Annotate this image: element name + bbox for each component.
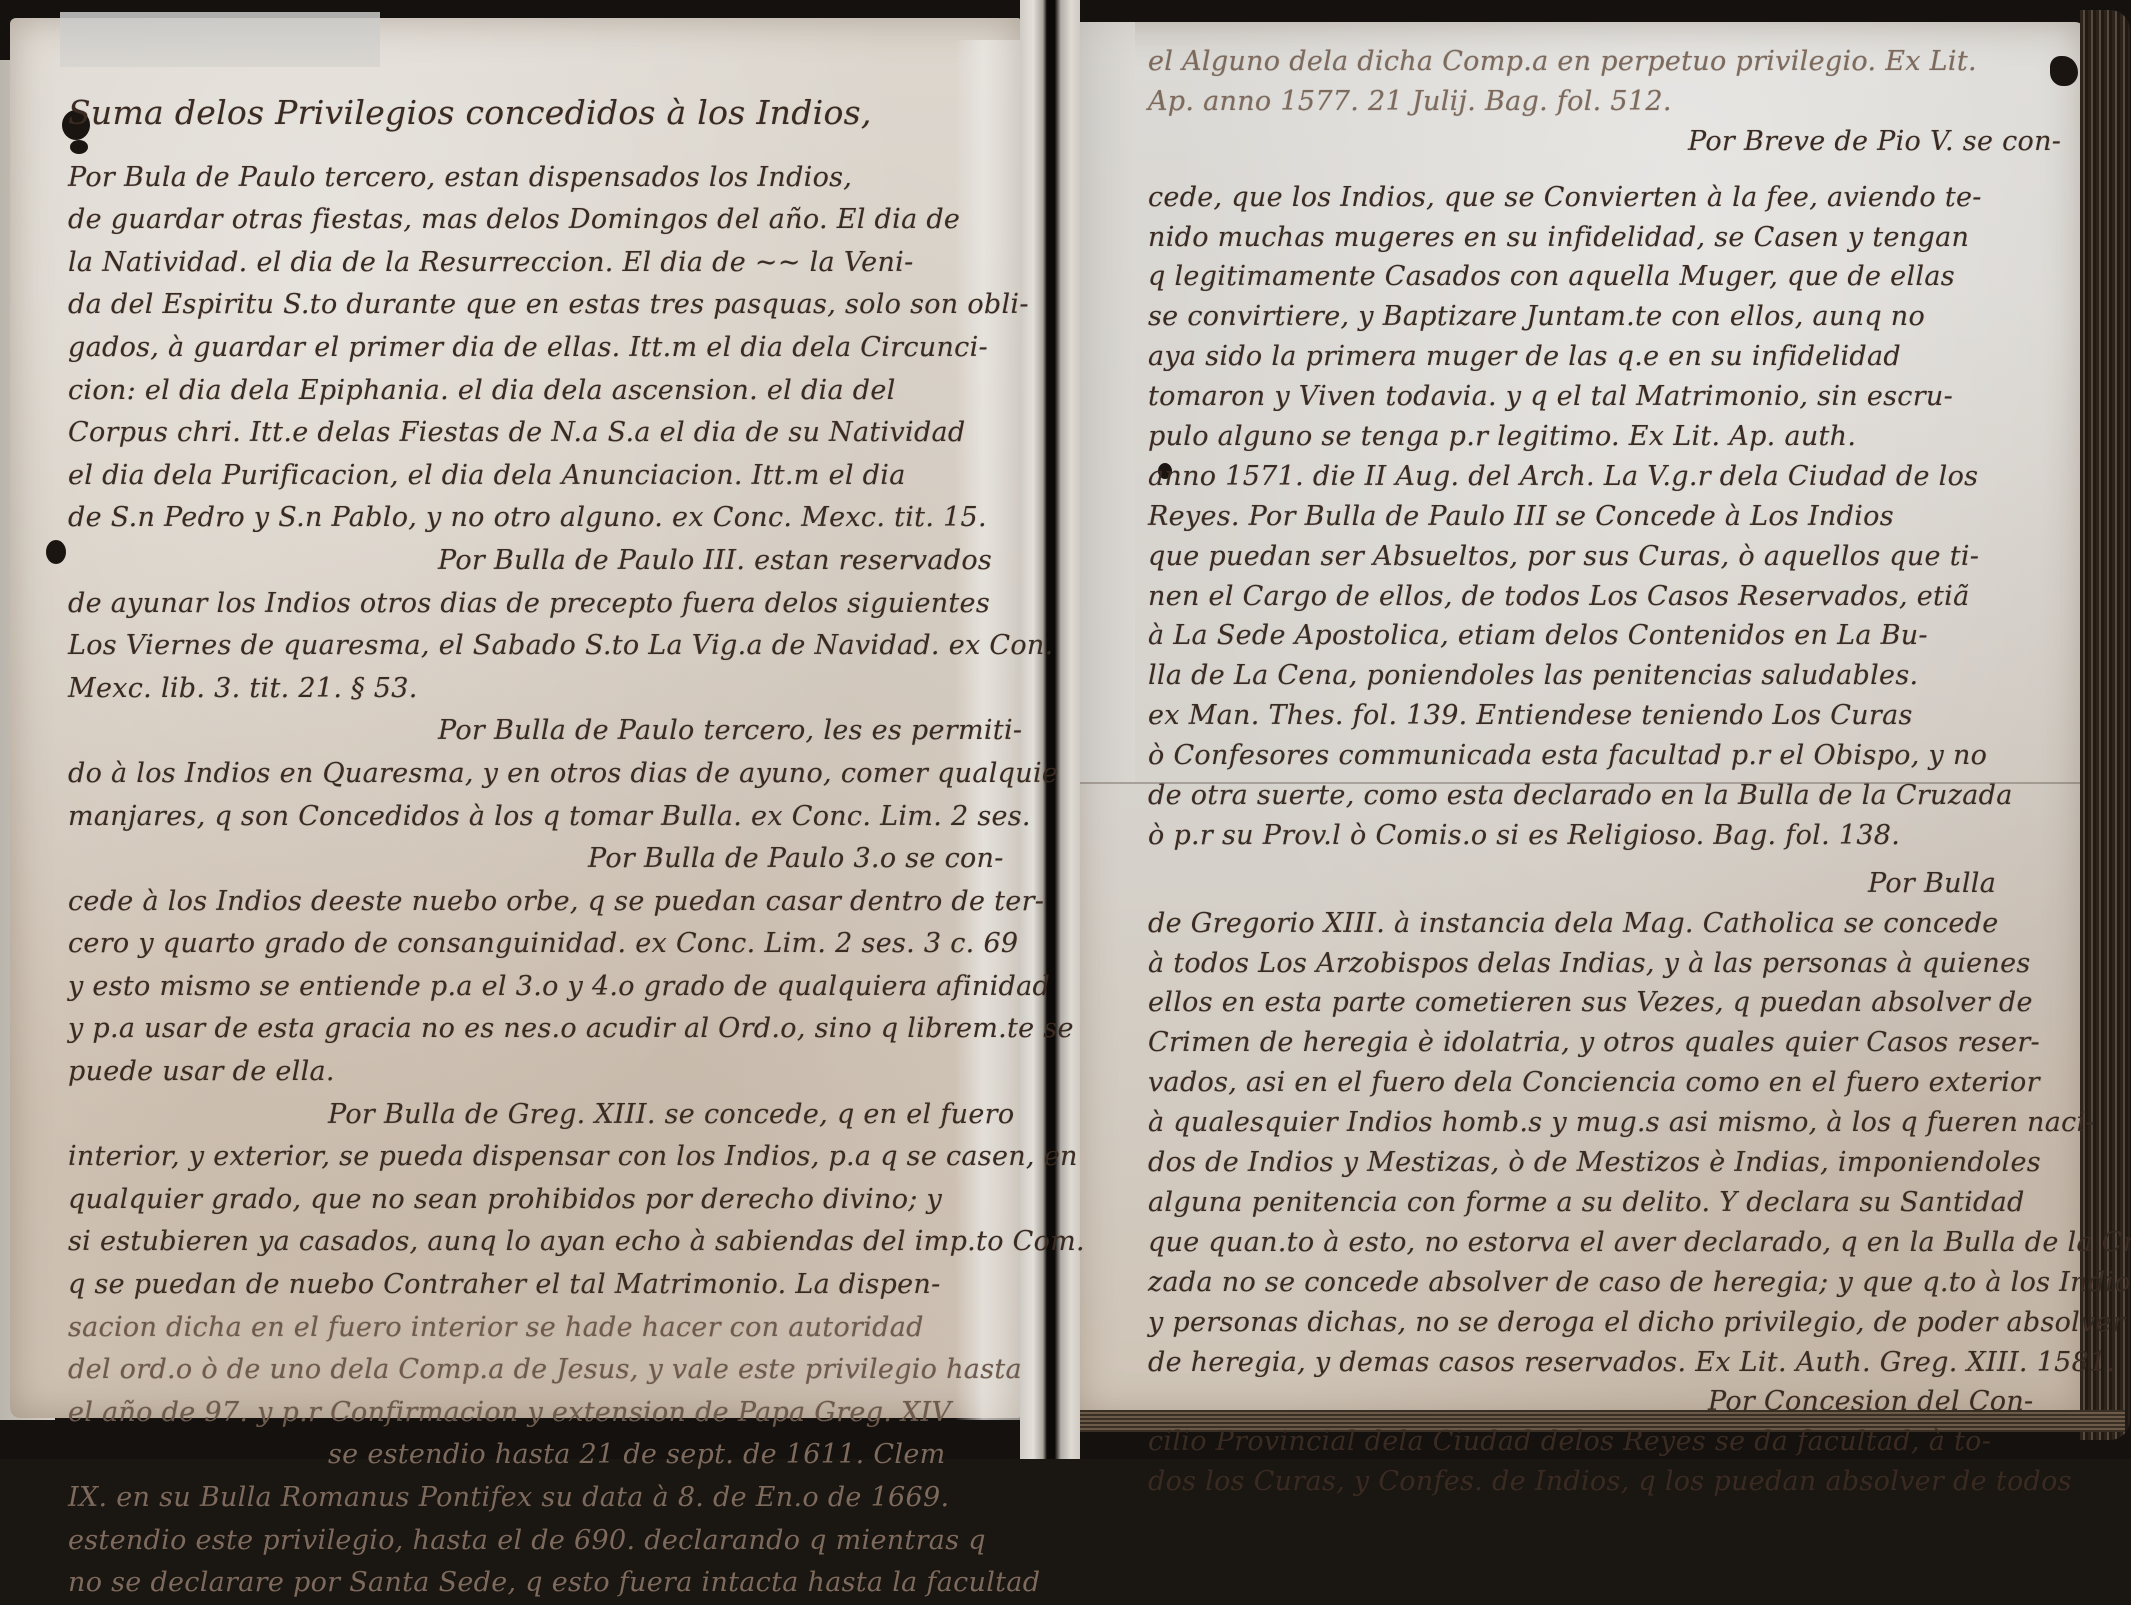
manuscript-line: nen el Cargo de ellos, de todos Los Caso… — [1148, 577, 2068, 617]
manuscript-line: Crimen de heregia è idolatria, y otros q… — [1148, 1023, 2068, 1063]
manuscript-line: Por Bulla de Paulo tercero, les es permi… — [68, 710, 998, 753]
manuscript-spread: Suma delos Privilegios concedidos à los … — [0, 0, 2131, 1459]
manuscript-line: Los Viernes de quaresma, el Sabado S.to … — [68, 625, 998, 668]
manuscript-line: ò p.r su Prov.l ò Comis.o si es Religios… — [1148, 816, 2068, 856]
manuscript-line: zada no se concede absolver de caso de h… — [1148, 1263, 2068, 1303]
manuscript-line: que puedan ser Absueltos, por sus Curas,… — [1148, 537, 2068, 577]
manuscript-line: Por Breve de Pio V. se con- — [1148, 122, 2068, 162]
manuscript-line: se convirtiere, y Baptizare Juntam.te co… — [1148, 297, 2068, 337]
manuscript-line: lla de La Cena, poniendoles las penitenc… — [1148, 656, 2068, 696]
manuscript-line: anno 1571. die II Aug. del Arch. La V.g.… — [1148, 457, 2068, 497]
manuscript-line: el dia dela Purificacion, el dia dela An… — [68, 455, 998, 498]
manuscript-line: à todos Los Arzobispos delas Indias, y à… — [1148, 944, 2068, 984]
manuscript-line: de heregia, y demas casos reservados. Ex… — [1148, 1343, 2068, 1383]
manuscript-line: el año de 97. y p.r Confirmacion y exten… — [68, 1392, 998, 1435]
manuscript-line: manjares, q son Concedidos à los q tomar… — [68, 796, 998, 839]
manuscript-line: aya sido la primera muger de las q.e en … — [1148, 337, 2068, 377]
manuscript-line: Reyes. Por Bulla de Paulo III se Concede… — [1148, 497, 2068, 537]
manuscript-line: gados, à guardar el primer dia de ellas.… — [68, 327, 998, 370]
manuscript-line: dos de Indios y Mestizas, ò de Mestizos … — [1148, 1143, 2068, 1183]
manuscript-line: Por Bulla de Greg. XIII. se concede, q e… — [68, 1094, 998, 1137]
manuscript-line: de guardar otras fiestas, mas delos Domi… — [68, 199, 998, 242]
manuscript-line: q legitimamente Casados con aquella Muge… — [1148, 257, 2068, 297]
manuscript-line: do à los Indios en Quaresma, y en otros … — [68, 753, 998, 796]
manuscript-line: cede à los Indios deeste nuebo orbe, q s… — [68, 881, 998, 924]
manuscript-line: Por Bulla de Paulo 3.o se con- — [68, 838, 998, 881]
manuscript-line: nido muchas mugeres en su infidelidad, s… — [1148, 218, 2068, 258]
manuscript-line: interior, y exterior, se pueda dispensar… — [68, 1136, 998, 1179]
left-page-text: Suma delos Privilegios concedidos à los … — [68, 92, 998, 1459]
manuscript-line: cede, que los Indios, que se Convierten … — [1148, 178, 2068, 218]
manuscript-line: de ayunar los Indios otros dias de prece… — [68, 583, 998, 626]
manuscript-line: pulo alguno se tenga p.r legitimo. Ex Li… — [1148, 417, 2068, 457]
manuscript-line: de S.n Pedro y S.n Pablo, y no otro algu… — [68, 497, 998, 540]
manuscript-line: sacion dicha en el fuero interior se had… — [68, 1307, 998, 1350]
wormhole-mark — [46, 540, 66, 564]
manuscript-line: del ord.o ò de uno dela Comp.a de Jesus,… — [68, 1349, 998, 1392]
left-page-title: Suma delos Privilegios concedidos à los … — [68, 92, 998, 135]
manuscript-line: Por Concesion del Con- — [1148, 1382, 2068, 1422]
manuscript-line: Mexc. lib. 3. tit. 21. § 53. — [68, 668, 998, 711]
right-page-margin-patch — [1075, 22, 1135, 782]
manuscript-line: cilio Provincial dela Ciudad delos Reyes… — [1148, 1422, 2068, 1459]
right-page-text: el Alguno dela dicha Comp.a en perpetuo … — [1148, 42, 2068, 1459]
manuscript-line: Por Bula de Paulo tercero, estan dispens… — [68, 157, 998, 200]
manuscript-line: que quan.to à esto, no estorva el aver d… — [1148, 1223, 2068, 1263]
manuscript-line: à qualesquier Indios homb.s y mug.s asi … — [1148, 1103, 2068, 1143]
manuscript-line: ellos en esta parte cometieren sus Vezes… — [1148, 983, 2068, 1023]
manuscript-line: puede usar de ella. — [68, 1051, 998, 1094]
manuscript-line: vados, asi en el fuero dela Conciencia c… — [1148, 1063, 2068, 1103]
manuscript-line: ex Man. Thes. fol. 139. Entiendese tenie… — [1148, 696, 2068, 736]
manuscript-line: ò Confesores communicada esta facultad p… — [1148, 736, 2068, 776]
manuscript-line: Corpus chri. Itt.e delas Fiestas de N.a … — [68, 412, 998, 455]
manuscript-line: qualquier grado, que no sean prohibidos … — [68, 1179, 998, 1222]
manuscript-line: à La Sede Apostolica, etiam delos Conten… — [1148, 616, 2068, 656]
manuscript-line: de Gregorio XIII. à instancia dela Mag. … — [1148, 904, 2068, 944]
manuscript-line: de otra suerte, como esta declarado en l… — [1148, 776, 2068, 816]
manuscript-line: se estendio hasta 21 de sept. de 1611. C… — [68, 1434, 998, 1459]
manuscript-line: y p.a usar de esta gracia no es nes.o ac… — [68, 1008, 998, 1051]
manuscript-line: y personas dichas, no se deroga el dicho… — [1148, 1303, 2068, 1343]
manuscript-line: Por Bulla de Paulo III. estan reservados — [68, 540, 998, 583]
book-page-edges — [2080, 10, 2130, 1440]
manuscript-line: cion: el dia dela Epiphania. el dia dela… — [68, 370, 998, 413]
manuscript-line: alguna penitencia con forme a su delito.… — [1148, 1183, 2068, 1223]
manuscript-line: la Natividad. el dia de la Resurreccion.… — [68, 242, 998, 285]
manuscript-line: Ap. anno 1577. 21 Julij. Bag. fol. 512. — [1148, 82, 2068, 122]
manuscript-line: q se puedan de nuebo Contraher el tal Ma… — [68, 1264, 998, 1307]
manuscript-line: Por Bulla — [1148, 864, 2068, 904]
manuscript-line: y esto mismo se entiende p.a el 3.o y 4.… — [68, 966, 998, 1009]
manuscript-line: da del Espiritu S.to durante que en esta… — [68, 284, 998, 327]
manuscript-line: tomaron y Viven todavia. y q el tal Matr… — [1148, 377, 2068, 417]
manuscript-line: cero y quarto grado de consanguinidad. e… — [68, 923, 998, 966]
left-page-top-flap — [60, 12, 380, 67]
manuscript-line: el Alguno dela dicha Comp.a en perpetuo … — [1148, 42, 2068, 82]
manuscript-line: si estubieren ya casados, aunq lo ayan e… — [68, 1221, 998, 1264]
